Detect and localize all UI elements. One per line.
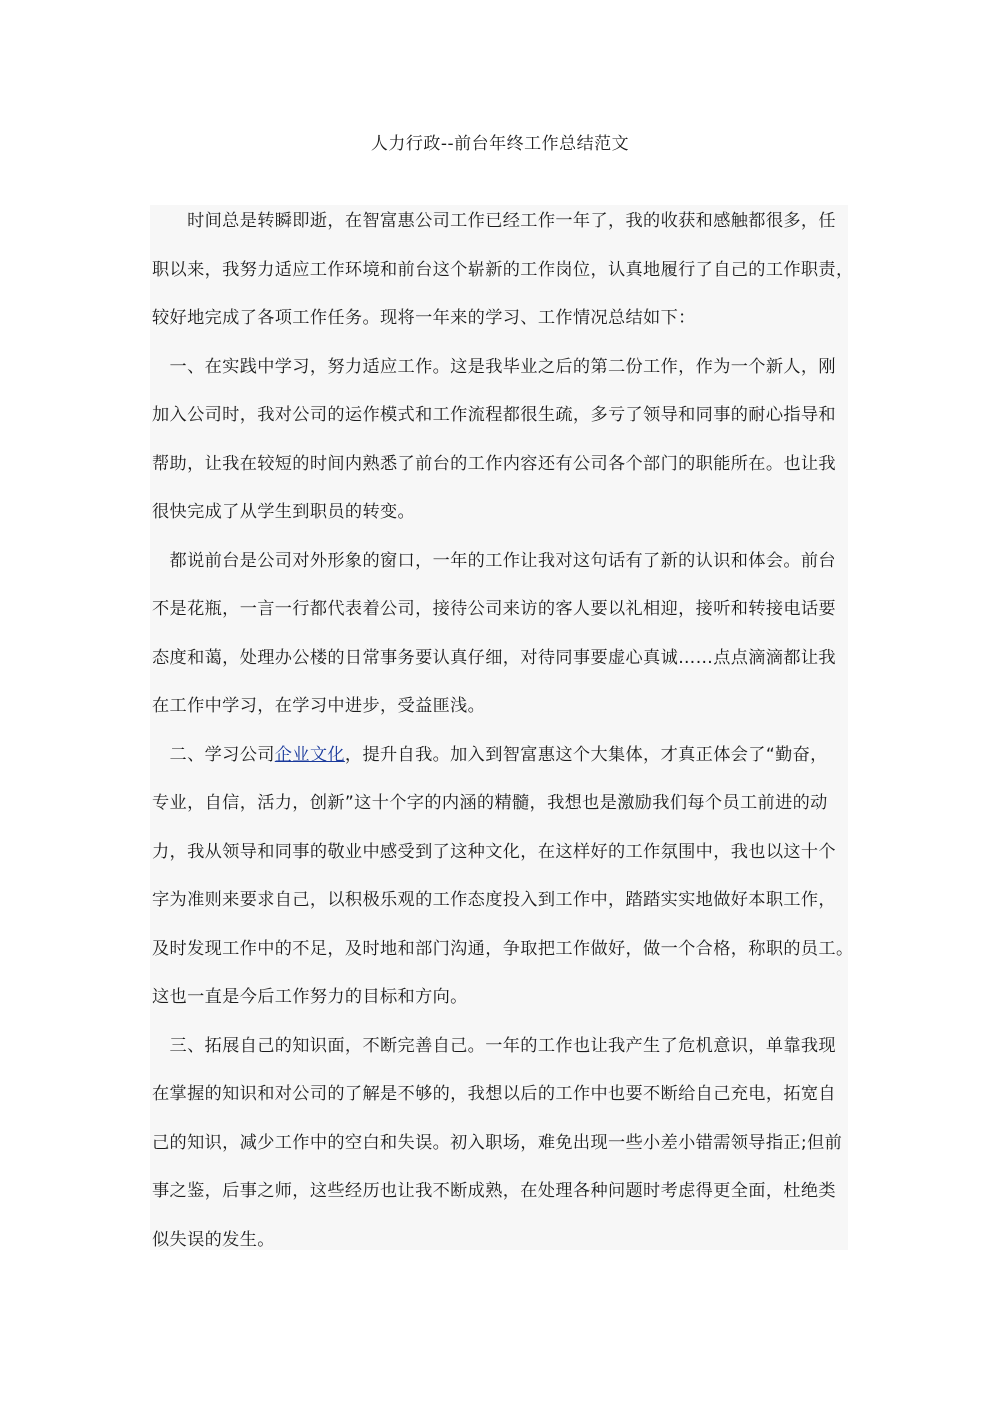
text-line: 时间总是转瞬即逝，在智富惠公司工作已经工作一年了，我的收获和感触都很多，任 — [152, 206, 836, 236]
text-line: 在工作中学习，在学习中进步，受益匪浅。 — [152, 691, 485, 721]
text-line: 态度和蔼，处理办公楼的日常事务要认真仔细，对待同事要虚心真诚……点点滴滴都让我 — [152, 643, 836, 673]
document-title: 人力行政--前台年终工作总结范文 — [0, 131, 1000, 157]
text-line: 帮助，让我在较短的时间内熟悉了前台的工作内容还有公司各个部门的职能所在。也让我 — [152, 449, 836, 479]
text-line: 字为准则来要求自己，以积极乐观的工作态度投入到工作中，踏踏实实地做好本职工作， — [152, 885, 836, 915]
text-span: ，提升自我。加入到智富惠这个大集体，才真正体会了“勤奋， — [345, 745, 828, 765]
text-line: 在掌握的知识和对公司的了解是不够的，我想以后的工作中也要不断给自己充电，拓宽自 — [152, 1079, 836, 1109]
text-line: 力，我从领导和同事的敬业中感受到了这种文化，在这样好的工作氛围中，我也以这十个 — [152, 837, 836, 867]
text-line: 都说前台是公司对外形象的窗口，一年的工作让我对这句话有了新的认识和体会。前台 — [152, 546, 836, 576]
text-line: 职以来，我努力适应工作环境和前台这个崭新的工作岗位，认真地履行了自己的工作职责， — [152, 255, 854, 285]
text-line: 似失误的发生。 — [152, 1225, 275, 1255]
text-line: 较好地完成了各项工作任务。现将一年来的学习、工作情况总结如下： — [152, 303, 696, 333]
text-line: 己的知识，减少工作中的空白和失误。初入职场，难免出现一些小差小错需领导指正;但前 — [152, 1128, 842, 1158]
text-line: 很快完成了从学生到职员的转变。 — [152, 497, 415, 527]
text-span: 二、学习公司 — [152, 745, 275, 765]
section-2-heading-line: 二、学习公司企业文化，提升自我。加入到智富惠这个大集体，才真正体会了“勤奋， — [152, 740, 828, 770]
text-line: 专业，自信，活力，创新”这十个字的内涵的精髓，我想也是激励我们每个员工前进的动 — [152, 788, 828, 818]
text-line: 加入公司时，我对公司的运作模式和工作流程都很生疏，多亏了领导和同事的耐心指导和 — [152, 400, 836, 430]
text-line: 事之鉴，后事之师，这些经历也让我不断成熟，在处理各种问题时考虑得更全面，杜绝类 — [152, 1176, 836, 1206]
corporate-culture-link[interactable]: 企业文化 — [275, 745, 345, 765]
text-line: 三、拓展自己的知识面，不断完善自己。一年的工作也让我产生了危机意识，单靠我现 — [152, 1031, 836, 1061]
text-line: 不是花瓶，一言一行都代表着公司，接待公司来访的客人要以礼相迎，接听和转接电话要 — [152, 594, 836, 624]
text-line: 这也一直是今后工作努力的目标和方向。 — [152, 982, 468, 1012]
text-line: 及时发现工作中的不足，及时地和部门沟通，争取把工作做好，做一个合格，称职的员工。 — [152, 934, 854, 964]
text-line: 一、在实践中学习，努力适应工作。这是我毕业之后的第二份工作，作为一个新人，刚 — [152, 352, 836, 382]
